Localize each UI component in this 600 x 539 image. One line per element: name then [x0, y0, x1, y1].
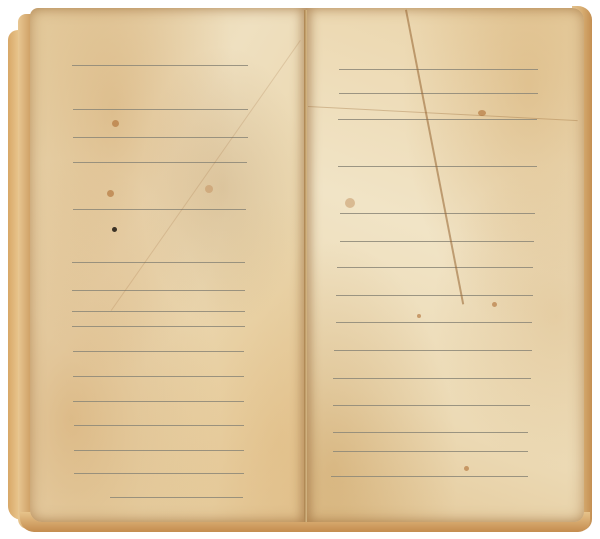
ruled-line — [338, 119, 537, 120]
stain-spot — [492, 302, 497, 307]
ruled-line — [73, 162, 247, 163]
ruled-line — [333, 451, 528, 452]
ruled-line — [339, 69, 538, 70]
ruled-line — [74, 425, 244, 426]
ruled-line — [110, 497, 243, 498]
ruled-line — [333, 405, 530, 406]
ruled-line — [72, 262, 245, 263]
ruled-line — [340, 241, 534, 242]
stain-spot — [205, 185, 213, 193]
ruled-line — [74, 450, 244, 451]
ruled-line — [331, 476, 528, 477]
ink-spot — [112, 227, 117, 232]
stain-spot — [112, 120, 119, 127]
ruled-line — [333, 378, 531, 379]
spine-gutter — [304, 10, 307, 522]
ruled-line — [72, 65, 248, 66]
ruled-line — [73, 137, 248, 138]
ruled-line — [73, 376, 244, 377]
ruled-line — [336, 322, 532, 323]
ruled-line — [72, 290, 245, 291]
ruled-line — [333, 432, 528, 433]
ruled-line — [334, 350, 532, 351]
right-page — [306, 8, 584, 522]
stain-spot — [478, 110, 486, 116]
ruled-line — [73, 401, 244, 402]
stain-spot — [417, 314, 421, 318]
ruled-line — [340, 213, 535, 214]
ruled-line — [72, 311, 245, 312]
stain-spot — [107, 190, 114, 197]
ruled-line — [336, 295, 533, 296]
ruled-line — [72, 326, 245, 327]
ruled-line — [74, 473, 244, 474]
stain-spot — [345, 198, 355, 208]
ruled-line — [73, 109, 248, 110]
ruled-line — [339, 93, 538, 94]
ruled-line — [73, 351, 244, 352]
ruled-line — [73, 209, 246, 210]
open-notebook — [0, 0, 600, 539]
ruled-line — [337, 267, 533, 268]
stain-spot — [464, 466, 469, 471]
left-page — [30, 8, 306, 522]
